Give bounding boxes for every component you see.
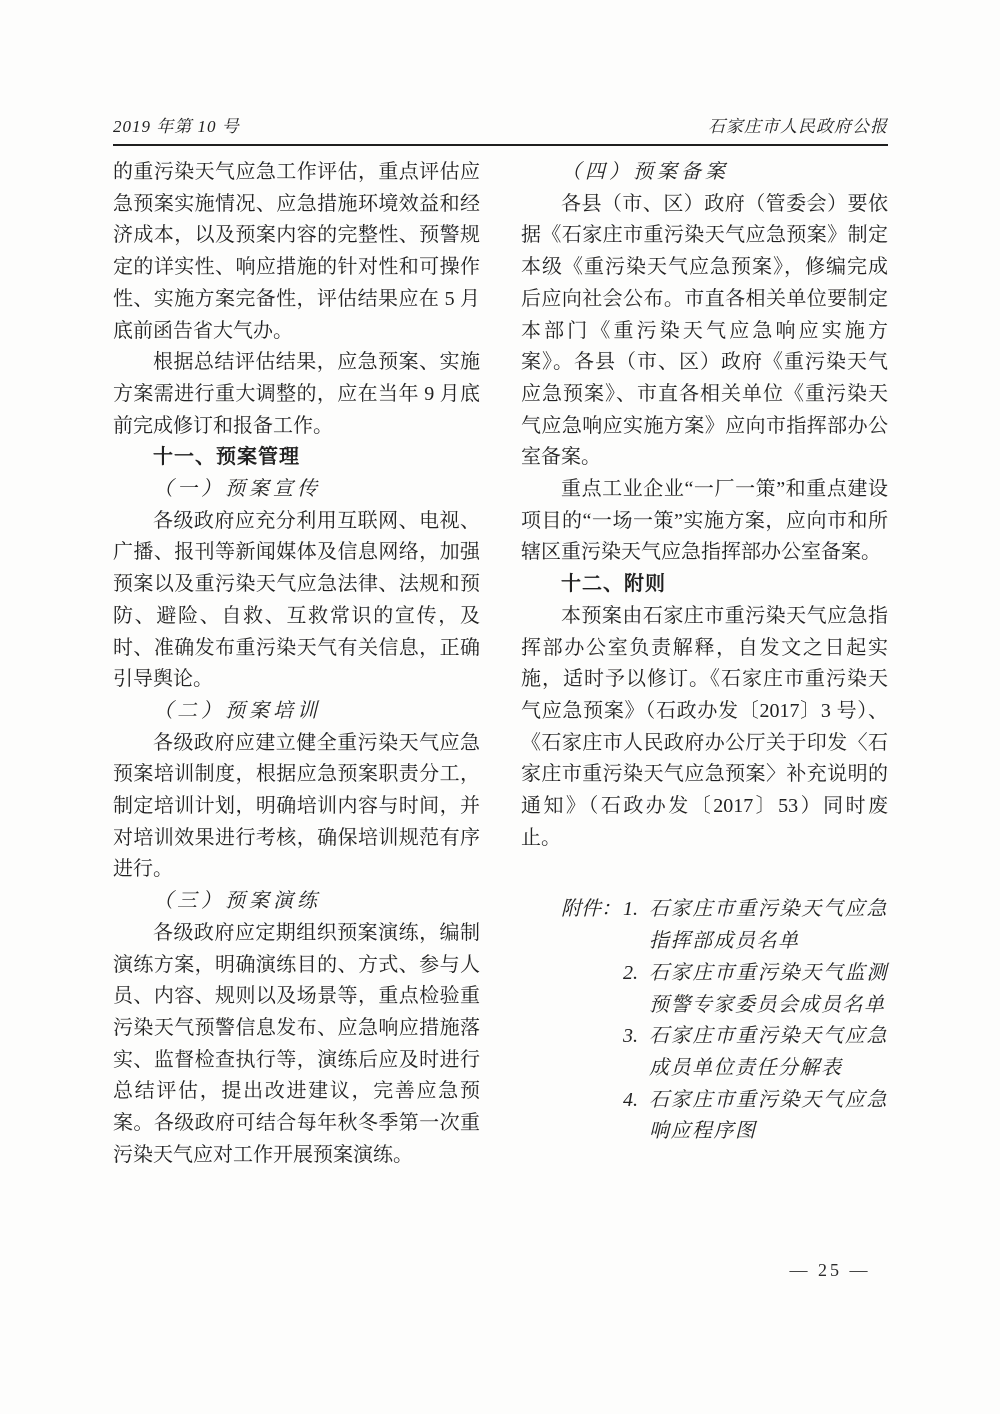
attachment-item: 3. 石家庄市重污染天气应急成员单位责任分解表 <box>623 1021 888 1084</box>
attachment-title: 石家庄市重污染天气应急成员单位责任分解表 <box>649 1021 888 1084</box>
attachment-number: 2. <box>623 958 649 1021</box>
paragraph-continued: 的重污染天气应急工作评估，重点评估应急预案实施情况、应急措施环境效益和经济成本，… <box>113 157 480 347</box>
subsection-heading-4: （四）预案备案 <box>521 157 888 189</box>
subsection-heading-3: （三）预案演练 <box>113 886 480 918</box>
section-heading-11: 十一、预案管理 <box>113 442 480 474</box>
subsection-heading-1: （一）预案宣传 <box>113 474 480 506</box>
header-issue-number: 2019 年第 10 号 <box>113 112 240 137</box>
page-header: 2019 年第 10 号 石家庄市人民政府公报 <box>113 112 888 146</box>
left-column: 的重污染天气应急工作评估，重点评估应急预案实施情况、应急措施环境效益和经济成本，… <box>113 157 480 1172</box>
gazette-page: 2019 年第 10 号 石家庄市人民政府公报 的重污染天气应急工作评估，重点评… <box>0 0 1000 1414</box>
document-body: 的重污染天气应急工作评估，重点评估应急预案实施情况、应急措施环境效益和经济成本，… <box>113 157 888 1172</box>
attachments-list: 附件： 1. 石家庄市重污染天气应急指挥部成员名单 2. 石家庄市重污染天气监测… <box>561 894 888 1148</box>
header-gazette-title: 石家庄市人民政府公报 <box>708 112 888 137</box>
attachment-item: 2. 石家庄市重污染天气监测预警专家委员会成员名单 <box>623 958 888 1021</box>
subsection-heading-2: （二）预案培训 <box>113 696 480 728</box>
attachment-title: 石家庄市重污染天气应急响应程序图 <box>649 1085 888 1148</box>
paragraph: 各级政府应定期组织预案演练，编制演练方案，明确演练目的、方式、参与人员、内容、规… <box>113 918 480 1172</box>
page-number: — 25 — <box>740 1260 920 1281</box>
paragraph: 各级政府应建立健全重污染天气应急预案培训制度，根据应急预案职责分工，制定培训计划… <box>113 728 480 887</box>
attachment-item: 4. 石家庄市重污染天气应急响应程序图 <box>623 1085 888 1148</box>
paragraph: 各级政府应充分利用互联网、电视、广播、报刊等新闻媒体及信息网络，加强预案以及重污… <box>113 506 480 696</box>
section-heading-12: 十二、附则 <box>521 569 888 601</box>
paragraph: 本预案由石家庄市重污染天气应急指挥部办公室负责解释，自发文之日起实施，适时予以修… <box>521 601 888 855</box>
attachments-label: 附件： <box>561 894 621 926</box>
paragraph: 重点工业企业“一厂一策”和重点建设项目的“一场一策”实施方案，应向市和所辖区重污… <box>521 474 888 569</box>
attachment-item: 1. 石家庄市重污染天气应急指挥部成员名单 <box>623 894 888 957</box>
attachment-number: 4. <box>623 1085 649 1148</box>
paragraph: 根据总结评估结果，应急预案、实施方案需进行重大调整的，应在当年 9 月底前完成修… <box>113 347 480 442</box>
attachment-number: 1. <box>623 894 649 957</box>
attachment-title: 石家庄市重污染天气监测预警专家委员会成员名单 <box>649 958 888 1021</box>
attachment-title: 石家庄市重污染天气应急指挥部成员名单 <box>649 894 888 957</box>
paragraph: 各县（市、区）政府（管委会）要依据《石家庄市重污染天气应急预案》制定本级《重污染… <box>521 189 888 474</box>
attachment-number: 3. <box>623 1021 649 1084</box>
right-column: （四）预案备案 各县（市、区）政府（管委会）要依据《石家庄市重污染天气应急预案》… <box>521 157 888 1172</box>
